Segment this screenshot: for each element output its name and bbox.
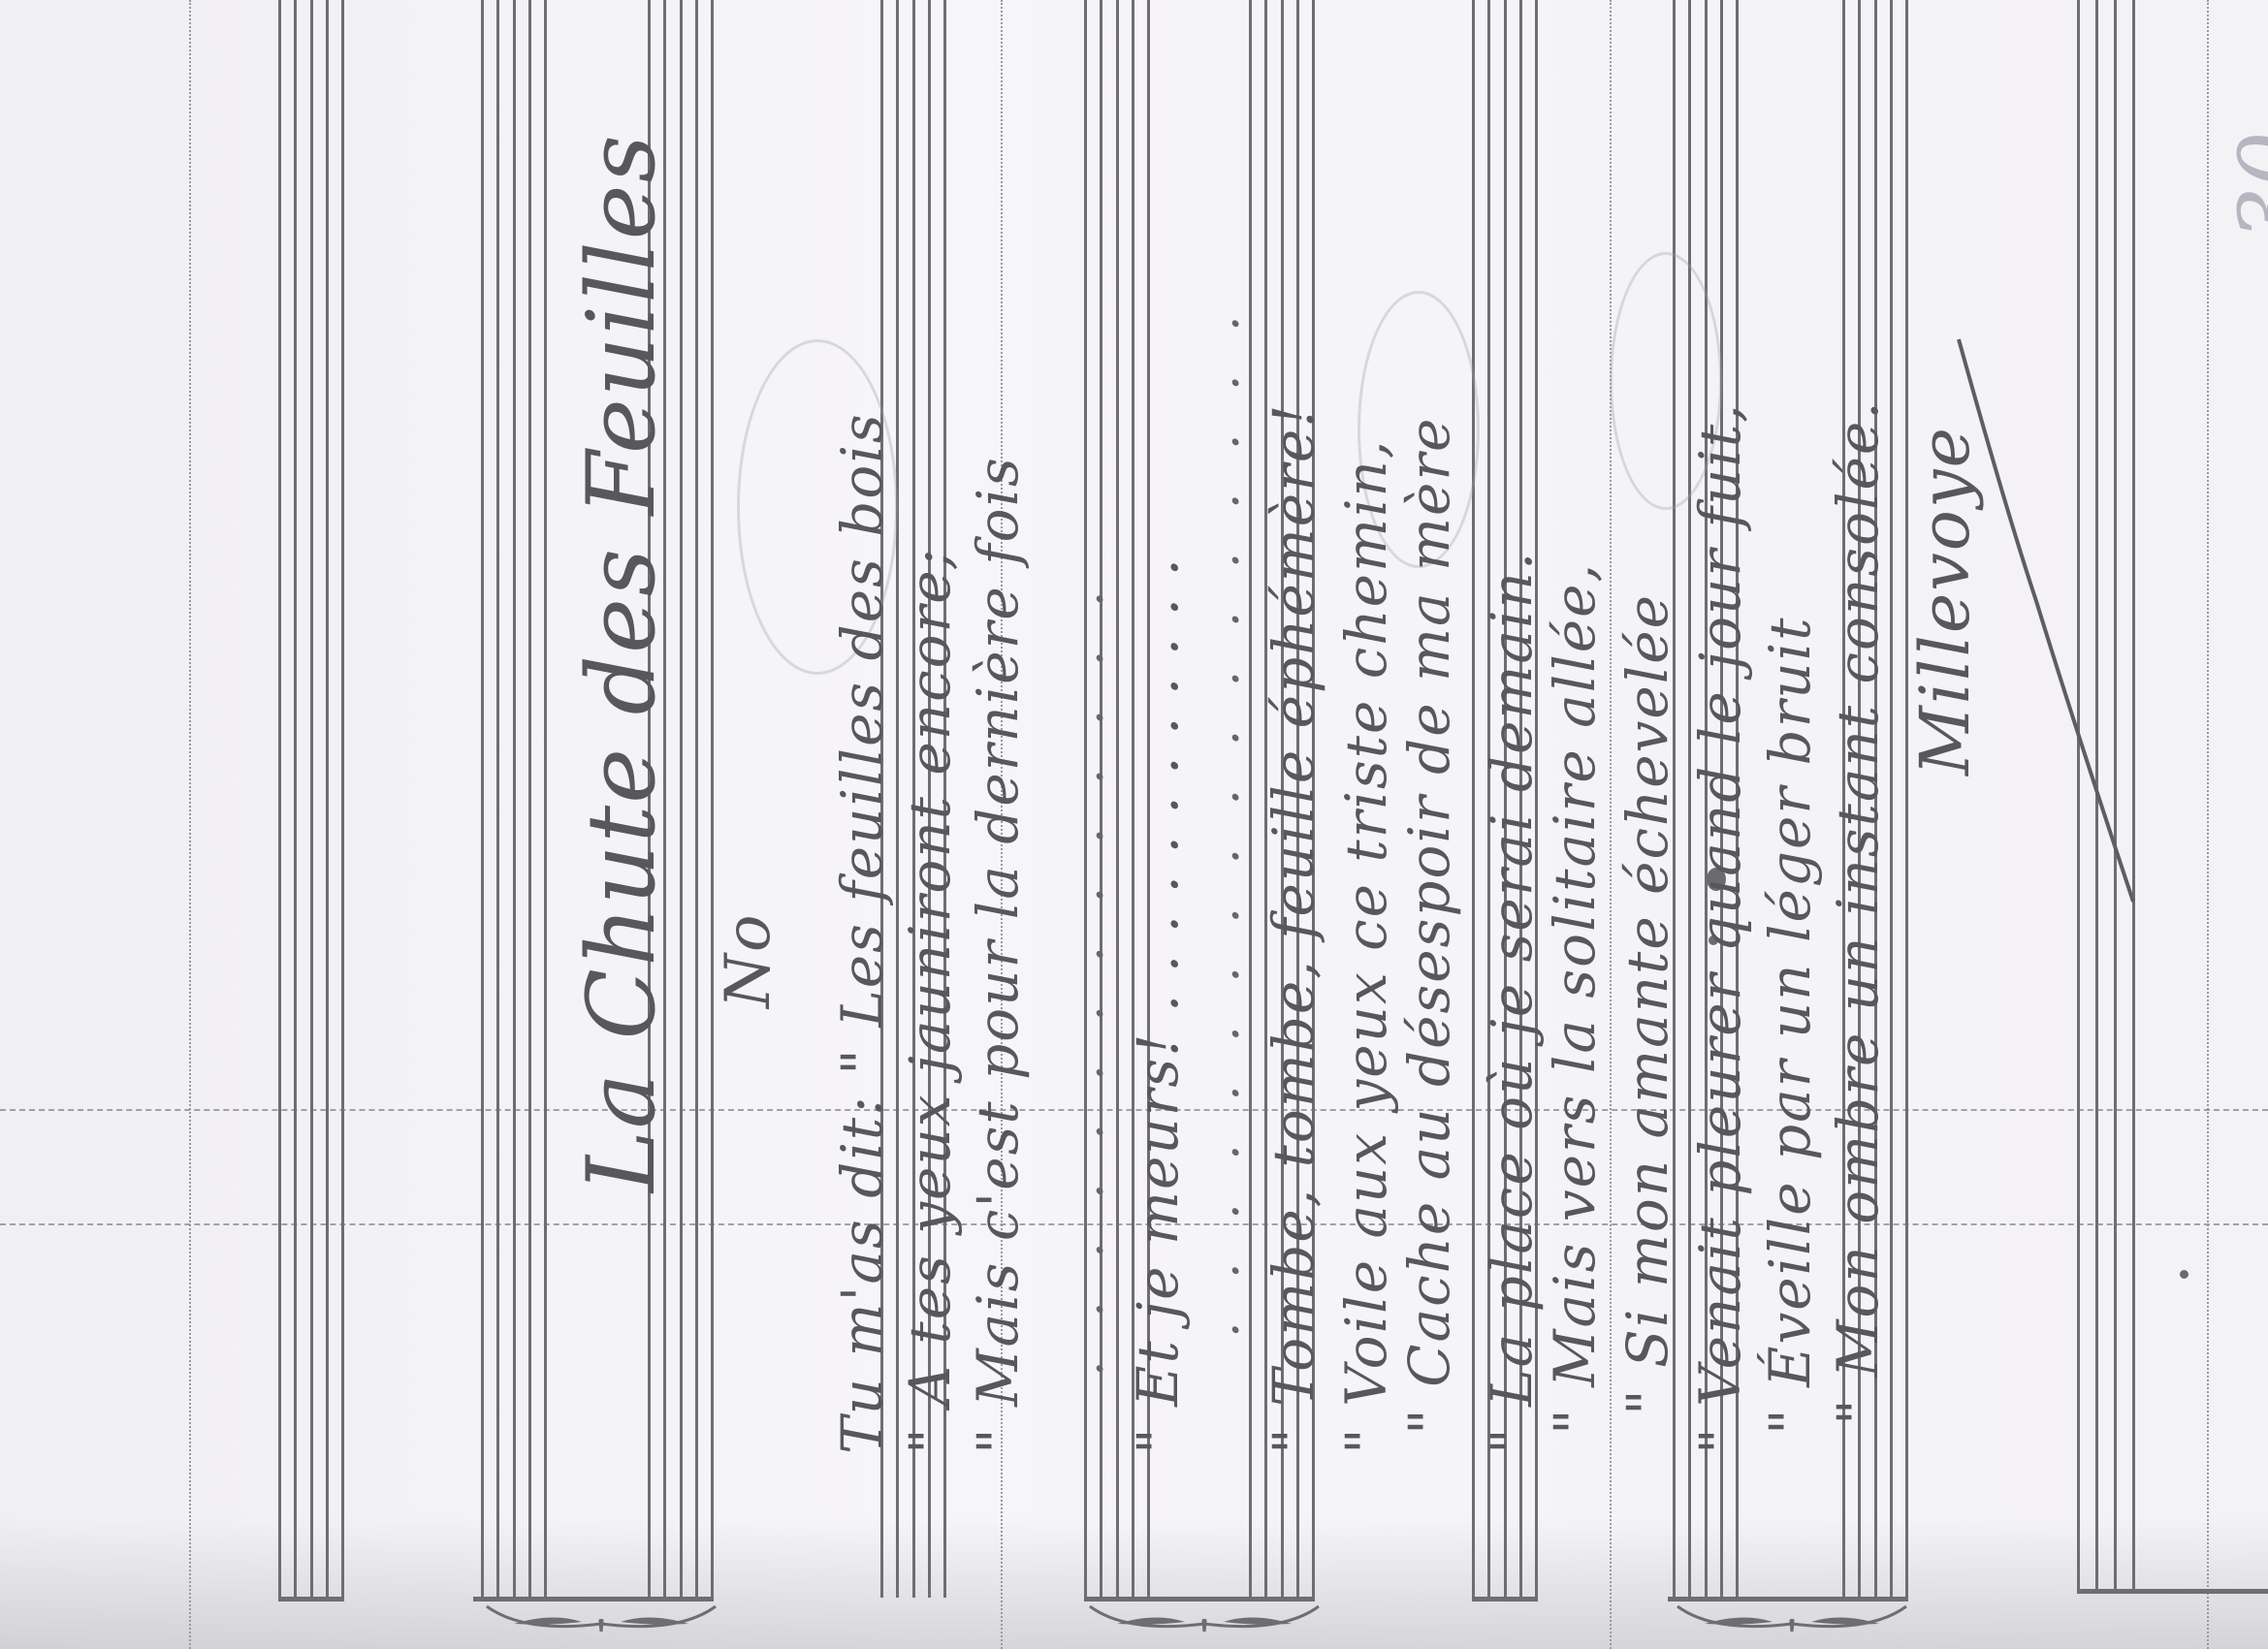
poem-number-label: No <box>713 912 784 1008</box>
poem-line: " A tes yeux jauniront encore; <box>897 548 963 1454</box>
ellipsis-line: . . . . . . . . . . . . . . . . . . <box>1193 301 1251 1338</box>
poem-line: " Mais vers la solitaire allée, <box>1542 562 1608 1435</box>
signature-flourish <box>1949 320 2143 921</box>
poem-line: " Si mon amante échevelée <box>1614 593 1680 1415</box>
ellipsis-line: . . . . . . . . . . . . . . <box>1057 578 1115 1377</box>
poem-title: La Chute des Feuilles <box>567 133 676 1192</box>
manuscript-page: La Chute des Feuilles No Tu m'as dit: " … <box>0 0 2268 1649</box>
poem-line: Tu m'as dit: " Les feuilles des bois <box>829 412 895 1454</box>
corner-mark: 30 <box>2220 131 2268 242</box>
poem-line: " Et je meurs! . . . . . . . . . . . . <box>1125 556 1191 1454</box>
poem-line: " Mon ombre un instant consolée. <box>1825 399 1891 1425</box>
poem-line: " Voile aux yeux ce triste chemin, <box>1333 439 1399 1454</box>
poem-line: " Tombe, tombe, feuille éphémère! <box>1261 403 1326 1454</box>
poem-line: " Cache au désespoir de ma mère <box>1396 417 1462 1435</box>
poem-line: " Éveille par un léger bruit <box>1757 616 1823 1435</box>
poem-line: " Venait pleurer quand le jour fuit, <box>1687 402 1753 1454</box>
poem-line: " La place où je serai demain. <box>1479 551 1545 1454</box>
poem-line: " Mais c'est pour la dernière fois <box>965 456 1031 1454</box>
poem-text-layer: La Chute des Feuilles No Tu m'as dit: " … <box>0 0 2268 1649</box>
